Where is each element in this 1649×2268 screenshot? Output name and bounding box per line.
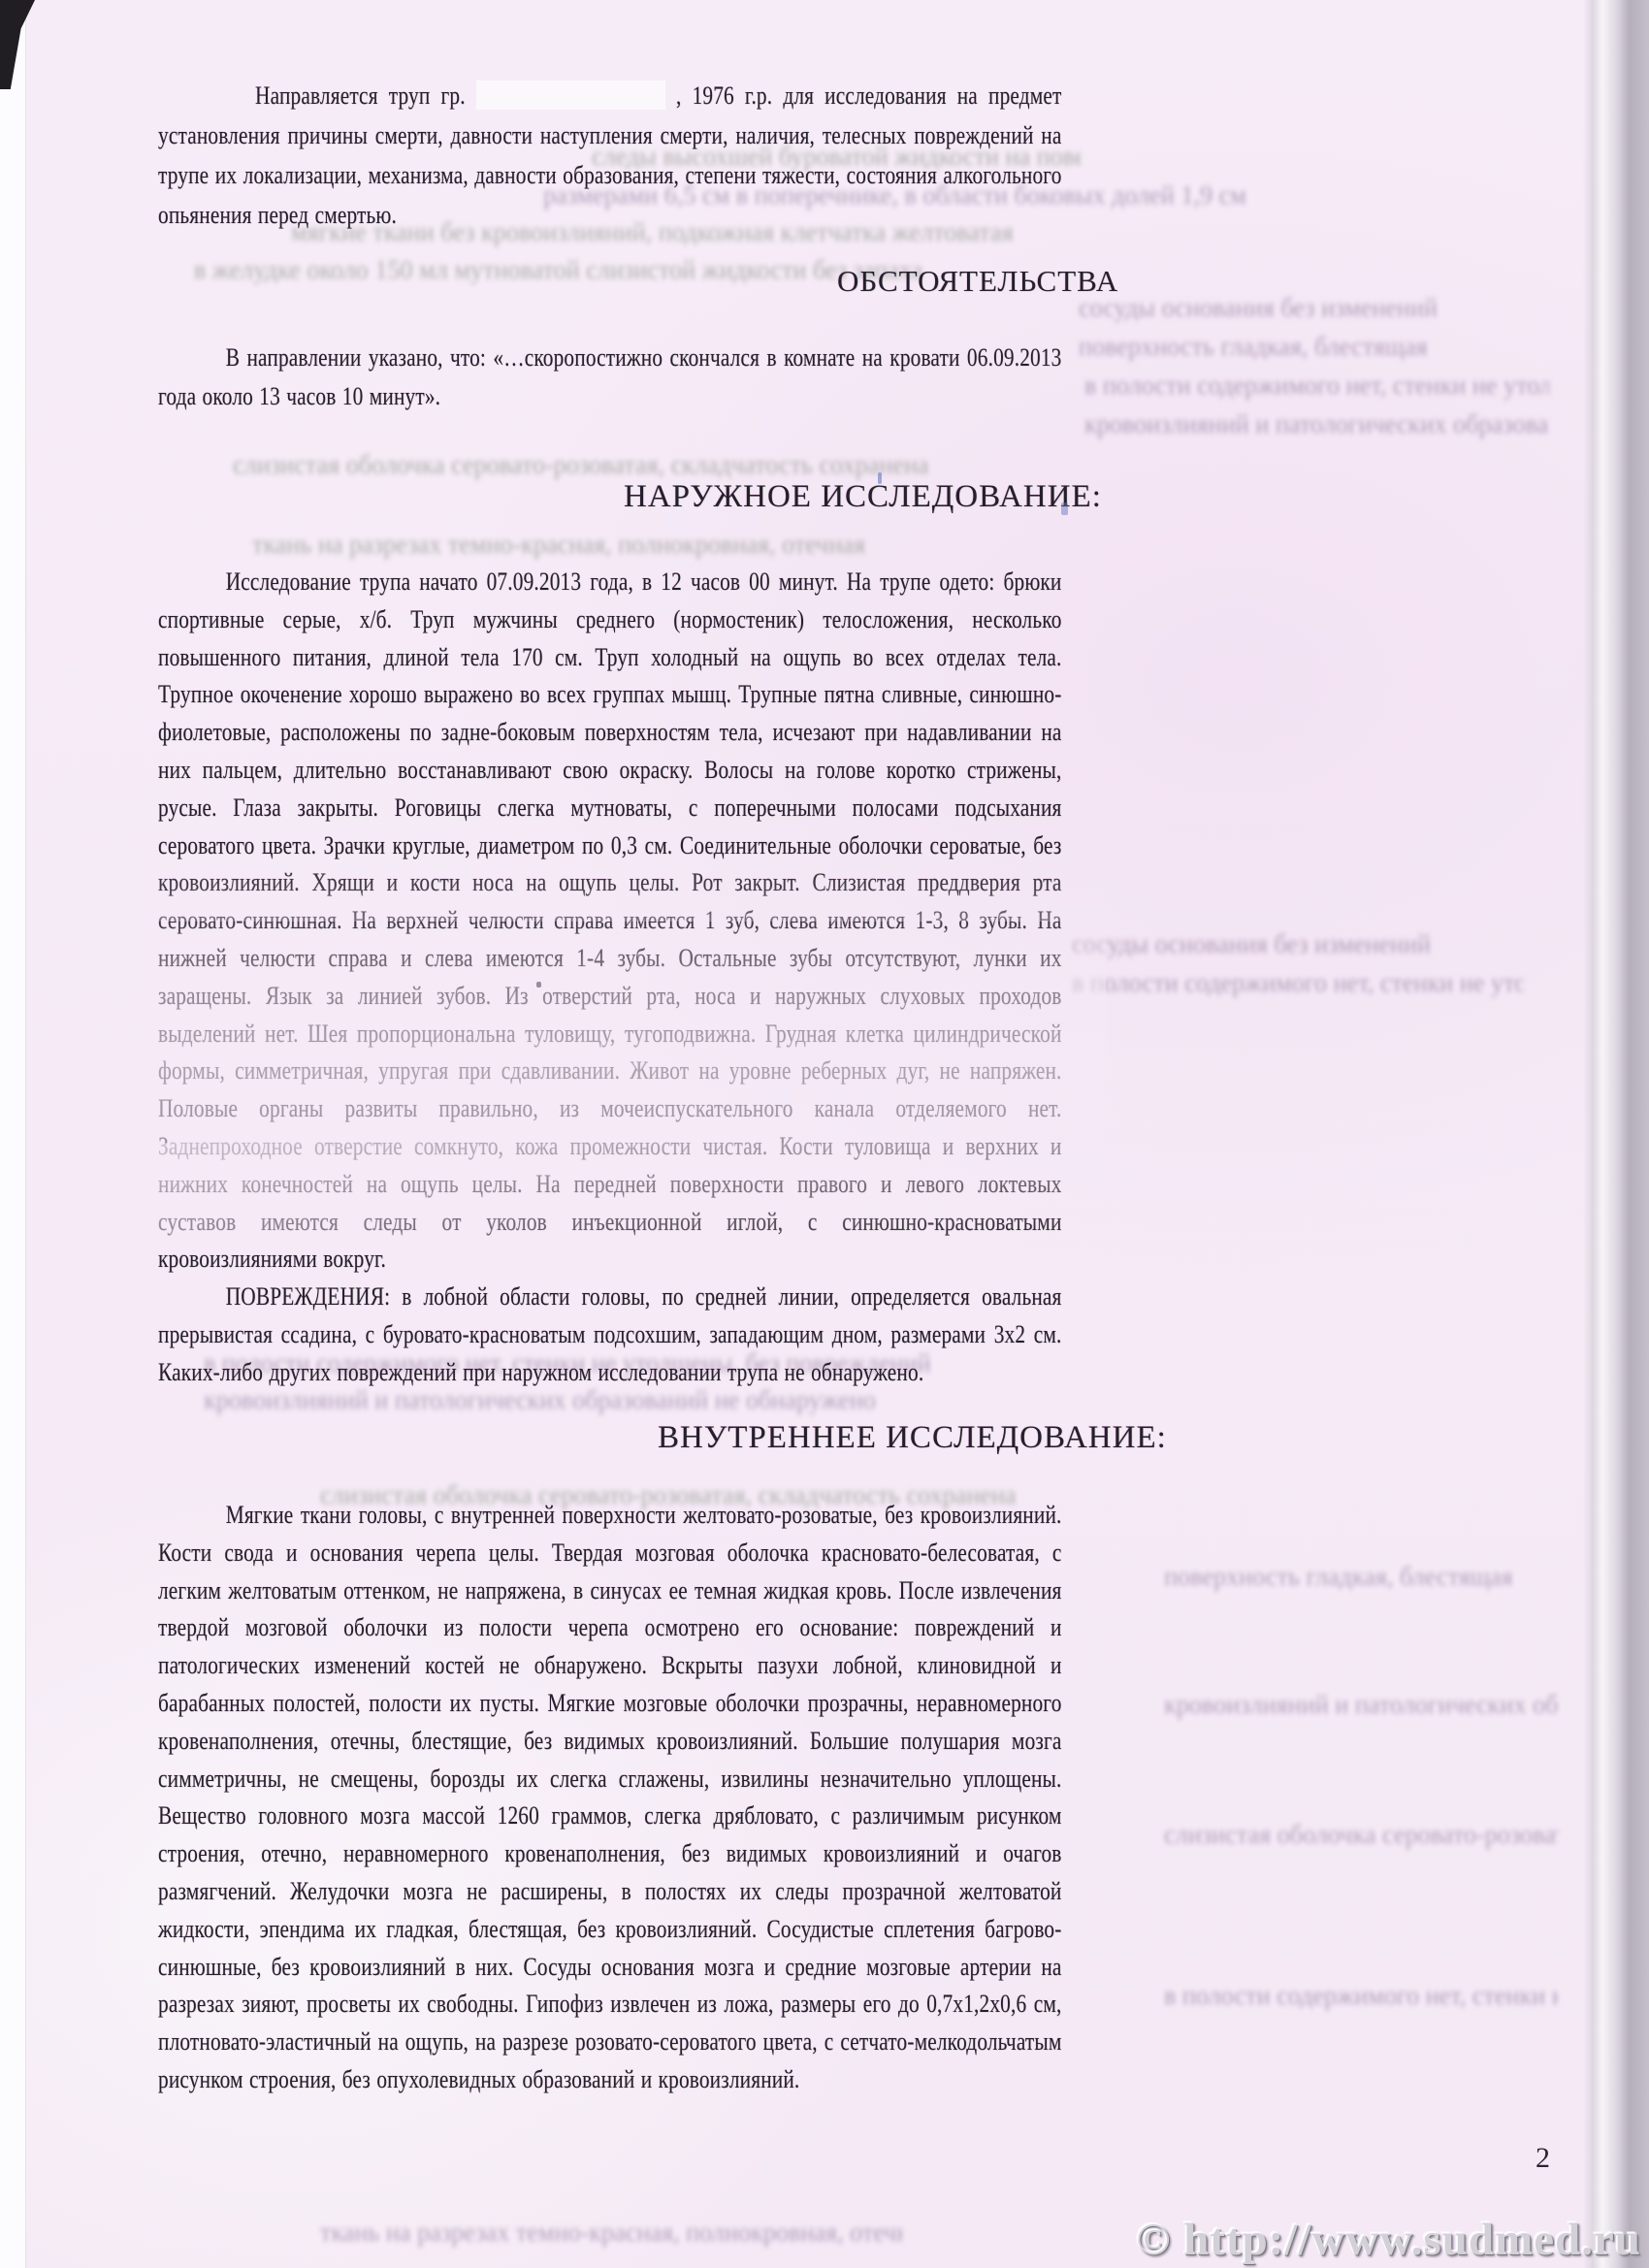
bleedthrough-text: поверхность гладкая, блестящая	[1164, 1562, 1559, 1592]
bleedthrough-text: сосуды основания без изменений	[1079, 293, 1549, 323]
bleedthrough-text: слизистая оболочка серовато-розоватая, с…	[1164, 1820, 1559, 1850]
internal-examination-paragraph: Мягкие ткани головы, с внутренней поверх…	[158, 1497, 1062, 2099]
external-examination-paragraph: Исследование трупа начато 07.09.2013 год…	[158, 564, 1062, 1279]
scan-speck	[1061, 502, 1068, 515]
bleedthrough-text: кровоизлияний и патологических образован…	[1084, 409, 1549, 439]
circumstances-paragraph: В направлении указано, что: «…скоропости…	[158, 339, 1062, 415]
scan-speck	[536, 982, 541, 988]
external-examination-heading: НАРУЖНОЕ ИССЛЕДОВАНИЕ:	[624, 479, 1102, 515]
bleedthrough-text: слизистая оболочка серовато-розоватая, с…	[233, 450, 1494, 480]
bleedthrough-text: в полости содержимого нет, стенки не уто…	[1084, 371, 1549, 401]
intro-paragraph: Направляется труп гр. , 1976 г.р. для ис…	[158, 76, 1062, 235]
bleedthrough-text: кровоизлияний и патологических образован…	[1164, 1690, 1559, 1720]
internal-examination-heading: ВНУТРЕННЕЕ ИССЛЕДОВАНИЕ:	[658, 1420, 1167, 1456]
circumstances-heading: ОБСТОЯТЕЛЬСТВА	[837, 264, 1118, 299]
scan-speck	[878, 472, 882, 484]
bleedthrough-text: ткань на разрезах темно-красная, полнокр…	[252, 530, 1475, 560]
watermark-text: © http://www.sudmed.ru	[1136, 2214, 1641, 2266]
bleedthrough-text: ткань на разрезах темно-красная, полнокр…	[320, 2218, 903, 2248]
injuries-paragraph: ПОВРЕЖДЕНИЯ: в лобной области головы, по…	[158, 1279, 1062, 1391]
redacted-name-box	[476, 81, 665, 110]
page-edge-shadow	[1583, 0, 1649, 2268]
bleedthrough-text: сосуды основания без изменений	[1072, 929, 1524, 959]
intro-text-before-redaction: Направляется труп гр.	[255, 81, 466, 110]
scanner-edge-strip	[0, 0, 25, 2268]
bleedthrough-text: поверхность гладкая, блестящая	[1079, 332, 1549, 362]
scanned-document-page: следы высохшей буроватой жидкости на пов…	[0, 0, 1649, 2268]
bleedthrough-text: в полости содержимого нет, стенки не уто…	[1072, 968, 1524, 998]
page-number: 2	[1536, 2142, 1550, 2175]
bleedthrough-text: в полости содержимого нет, стенки не уто…	[1164, 1981, 1559, 2011]
